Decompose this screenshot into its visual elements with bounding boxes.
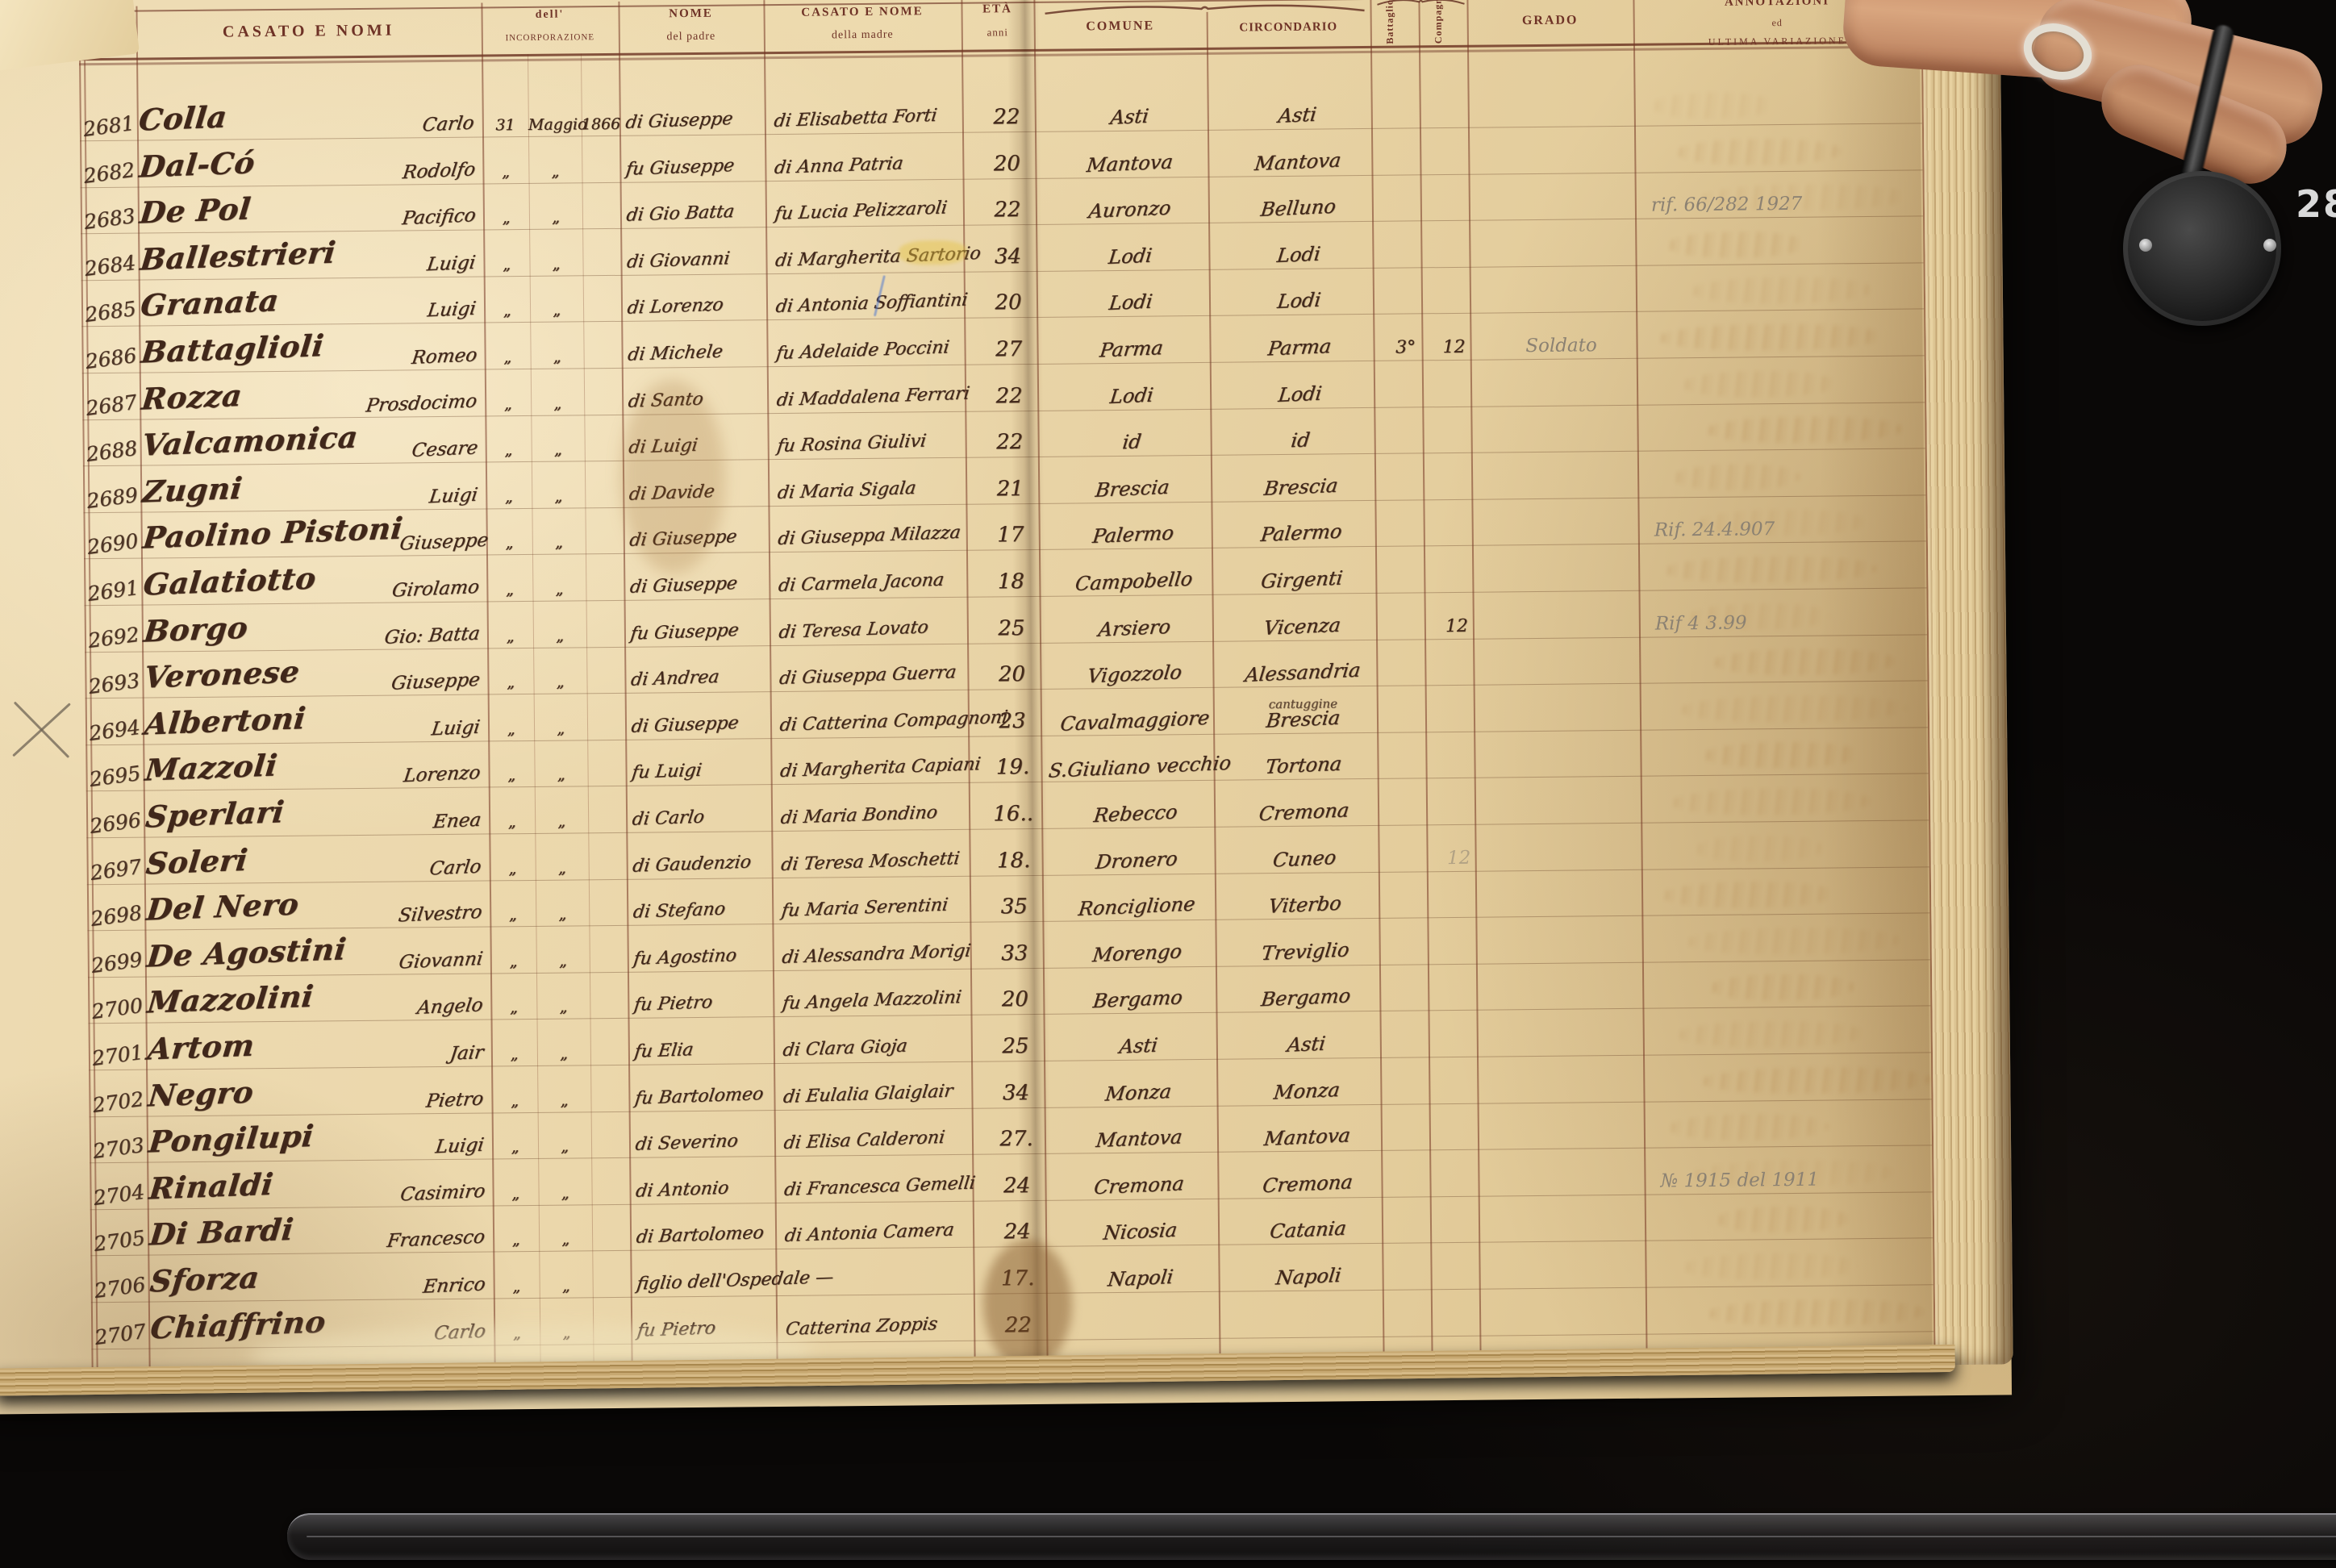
- surname-text: Artom: [146, 1028, 257, 1067]
- cell-incorporation-month: „: [534, 719, 587, 740]
- cell-circondario: Girgenti: [1220, 568, 1383, 594]
- cell-matricola-number: 2685: [81, 300, 139, 327]
- cell-circondario: Lodi: [1216, 243, 1380, 269]
- given-name-text: Carlo: [433, 1320, 495, 1344]
- cell-matricola-number: 2691: [84, 579, 141, 606]
- cell-matricola-number: 2704: [90, 1182, 147, 1209]
- cell-father: di Giovanni: [620, 251, 770, 275]
- cell-circondario: Bergamo: [1224, 986, 1387, 1012]
- cell-comune: S.Giuliano vecchio: [1049, 755, 1221, 782]
- cell-circondario: Alessandria: [1220, 661, 1384, 687]
- cell-father: di Santo: [622, 390, 772, 415]
- cell-father: figlio dell'Ospedale —: [631, 1273, 781, 1297]
- cell-incorporation-month: „: [532, 580, 586, 601]
- cell-incorporation-day: „: [490, 860, 536, 881]
- cell-incorporation-month: Maggio: [528, 115, 582, 136]
- cell-compagnia: [1439, 1332, 1487, 1336]
- cell-incorporation-day: „: [490, 953, 536, 974]
- cell-circondario: Cremona: [1222, 800, 1386, 827]
- cell-matricola-number: 2682: [80, 161, 137, 187]
- cell-matricola-number: 2700: [88, 997, 145, 1024]
- given-name-text: Jair: [448, 1042, 493, 1065]
- given-name-text: Girolamo: [390, 576, 488, 601]
- cell-surname-name: Granata Luigi: [139, 285, 484, 326]
- cell-mother: di Maddalena Ferrari: [772, 388, 973, 412]
- cell-grado: Soldato: [1478, 335, 1644, 360]
- cell-comune: Brescia: [1046, 477, 1219, 503]
- given-name-text: Pietro: [425, 1088, 493, 1112]
- cell-circondario: Lodi: [1218, 382, 1382, 408]
- surname-text: Battaglioli: [140, 327, 326, 370]
- cell-surname-name: Rinaldi Casimiro: [147, 1167, 492, 1208]
- cell-incorporation-month: „: [532, 534, 586, 555]
- transparent-ruler: [287, 1513, 2336, 1560]
- stand-screw: [2139, 239, 2152, 252]
- surname-text: Sperlari: [144, 794, 286, 834]
- surname-text: Paolino Pistoni: [141, 511, 405, 556]
- given-name-text: Romeo: [410, 344, 486, 369]
- cell-mother: fu Maria Serentini: [777, 899, 978, 924]
- cell-comune: Lodi: [1045, 383, 1218, 410]
- cell-father: di Severino: [629, 1133, 779, 1157]
- cell-circondario: Cremona: [1225, 1172, 1389, 1199]
- cell-father: di Stefano: [627, 901, 777, 925]
- cell-incorporation-day: „: [494, 1278, 540, 1299]
- given-name-text: Carlo: [421, 112, 483, 136]
- surname-text: Di Bardi: [148, 1211, 295, 1253]
- surname-text: Mazzolini: [146, 978, 315, 1020]
- cell-incorporation-month: „: [533, 673, 586, 694]
- surname-text: Dal-Có: [138, 144, 257, 184]
- surname-text: Borgo: [142, 609, 249, 648]
- given-name-text: Carlo: [428, 856, 490, 879]
- surname-text: Albertoni: [143, 700, 307, 741]
- cell-circondario: Napoli: [1226, 1265, 1390, 1291]
- cell-matricola-number: 2705: [90, 1229, 148, 1256]
- cell-surname-name: Sforza Enrico: [148, 1260, 493, 1301]
- cell-circondario: id: [1219, 428, 1383, 455]
- cell-matricola-number: 2686: [81, 347, 139, 373]
- cell-surname-name: Mazzolini Angelo: [145, 982, 490, 1023]
- given-name-text: Giovanni: [398, 948, 492, 973]
- cell-father: di Andrea: [624, 669, 774, 693]
- cell-mother: fu Adelaide Poccini: [771, 342, 972, 366]
- cell-matricola-number: 2689: [83, 486, 140, 512]
- cell-incorporation-day: „: [492, 1138, 538, 1159]
- given-name-text: Gio: Batta: [382, 623, 489, 648]
- cell-matricola-number: 2706: [91, 1276, 148, 1303]
- cell-mother: di Clara Gioja: [778, 1039, 979, 1063]
- register-table: NUMERO matricolare CASATO E NOMI dell' I…: [0, 0, 2000, 1403]
- cell-incorporation-day: „: [490, 999, 536, 1020]
- surname-text: Valcamonica: [140, 419, 360, 463]
- cell-comune: Arsiero: [1048, 615, 1220, 642]
- cell-mother: di Eulalia Glaiglair: [778, 1085, 979, 1109]
- cell-comune: Nicosia: [1053, 1220, 1226, 1246]
- cell-father: di Antonio: [629, 1180, 779, 1204]
- bleed-through-writing: [1663, 882, 1833, 909]
- cell-comune: Auronzo: [1044, 198, 1216, 224]
- cell-father: fu Giuseppe: [624, 623, 774, 647]
- cell-matricola-number: 2693: [85, 672, 142, 699]
- cell-incorporation-day: „: [490, 906, 536, 927]
- surname-text: Del Nero: [144, 886, 300, 928]
- circondario-note: [1227, 1333, 1391, 1335]
- cell-comune: Ronciglione: [1050, 895, 1223, 921]
- cell-incorporation-month: „: [538, 1137, 591, 1158]
- cell-father: di Giuseppe: [624, 529, 774, 553]
- cell-compagnia: 12: [1429, 337, 1478, 361]
- cell-incorporation-day: „: [491, 1045, 537, 1066]
- stand-screw: [2263, 239, 2276, 252]
- cell-matricola-number: 2695: [86, 765, 143, 791]
- surname-text: Granata: [139, 283, 281, 323]
- cell-incorporation-day: „: [486, 488, 532, 509]
- surname-text: Veronese: [143, 654, 302, 695]
- given-name-text: Pacifico: [401, 205, 485, 229]
- cell-incorporation-month: „: [539, 1231, 592, 1252]
- cell-incorporation-month: „: [538, 1184, 591, 1205]
- cell-incorporation-day: 31: [482, 116, 528, 137]
- cell-comune: Bergamo: [1051, 987, 1224, 1014]
- given-name-text: Giuseppe: [398, 530, 498, 555]
- surname-text: Soleri: [144, 841, 249, 881]
- cell-incorporation-day: „: [492, 1185, 538, 1206]
- cell-mother: di Antonia Camera: [780, 1224, 981, 1249]
- page-edge-shadow: [1814, 0, 1932, 1370]
- photo-scene: NUMERO matricolare CASATO E NOMI dell' I…: [0, 0, 2336, 1568]
- cell-comune: Cremona: [1053, 1174, 1225, 1200]
- cell-father: di Carlo: [626, 808, 776, 832]
- cell-circondario: Lodi: [1217, 289, 1381, 315]
- cell-surname-name: Artom Jair: [146, 1028, 491, 1069]
- cell-circondario: Palermo: [1220, 521, 1383, 548]
- cell-incorporation-month: „: [537, 1045, 590, 1065]
- cell-compagnia: 12: [1435, 847, 1483, 871]
- cell-father: di Lorenzo: [621, 297, 771, 321]
- given-name-text: Francesco: [386, 1227, 495, 1253]
- cell-incorporation-day: „: [493, 1231, 539, 1252]
- cell-surname-name: Ballestrieri Luigi: [138, 238, 483, 279]
- cell-comune: Asti: [1052, 1034, 1224, 1061]
- cell-surname-name: Pongilupi Luigi: [147, 1121, 492, 1162]
- surname-text: Colla: [137, 99, 229, 138]
- cell-mother: di Teresa Moschetti: [777, 853, 978, 877]
- cell-incorporation-month: „: [537, 1091, 590, 1112]
- cell-incorporation-month: „: [529, 209, 582, 230]
- cell-matricola-number: 2698: [87, 904, 144, 931]
- cell-comune: Mantova: [1053, 1127, 1225, 1153]
- cell-incorporation-month: „: [535, 766, 588, 787]
- cell-mother: di Francesca Gemelli: [779, 1178, 980, 1202]
- cell-incorporation-day: „: [487, 673, 533, 694]
- cell-compagnia: 12: [1433, 615, 1481, 639]
- cell-incorporation-month: „: [531, 394, 584, 415]
- cell-mother: di Antonia Soffiantini: [771, 295, 972, 319]
- cell-incorporation-day: „: [483, 209, 529, 230]
- cell-father: di Davide: [623, 483, 773, 507]
- cell-incorporation-month: „: [531, 348, 584, 369]
- cell-comune: Cavalmaggiore: [1049, 709, 1221, 736]
- cell-circondario: Mantova: [1225, 1125, 1389, 1152]
- cell-mother: fu Lucia Pelizzaroli: [770, 202, 971, 227]
- cell-comune: Asti: [1043, 105, 1216, 131]
- cell-father: di Giuseppe: [624, 576, 774, 600]
- yellow-highlight-mark: [899, 240, 966, 265]
- cell-surname-name: Chiaffrino Carlo: [148, 1307, 494, 1348]
- surname-text: Pongilupi: [147, 1118, 315, 1160]
- cell-incorporation-day: „: [489, 813, 535, 834]
- cell-mother: di Elisa Calderoni: [779, 1132, 980, 1156]
- cell-incorporation-day: „: [487, 628, 533, 648]
- cell-matricola-number: 2694: [86, 718, 143, 744]
- given-name-text: Luigi: [428, 484, 487, 507]
- cell-incorporation-day: „: [483, 256, 529, 277]
- surname-text: Negro: [147, 1074, 256, 1113]
- cell-surname-name: Veronese Giuseppe: [142, 657, 487, 698]
- surname-text: De Agostini: [145, 931, 348, 974]
- cell-mother: fu Angela Mazzolini: [778, 992, 978, 1016]
- cell-comune: Lodi: [1044, 244, 1216, 271]
- cell-comune: [1054, 1320, 1227, 1339]
- cell-matricola-number: 2699: [88, 950, 145, 977]
- cell-incorporation-day: „: [489, 766, 535, 787]
- surname-text: Ballestrieri: [139, 234, 338, 277]
- cell-circondario: Mantova: [1216, 149, 1379, 176]
- cell-incorporation-month: „: [535, 812, 588, 833]
- cell-circondario: Tortona: [1221, 753, 1385, 780]
- cell-circondario: Monza: [1224, 1078, 1388, 1105]
- surname-text: Mazzoli: [144, 748, 279, 788]
- cell-incorporation-month: „: [536, 999, 590, 1020]
- cell-circondario: Vicenza: [1220, 614, 1384, 640]
- cell-mother: fu Rosina Giulivi: [773, 435, 974, 459]
- cell-battaglione: [1391, 1333, 1439, 1337]
- cell-matricola-number: 2684: [81, 253, 138, 280]
- cell-father: fu Giuseppe: [619, 158, 770, 182]
- cell-comune: Mantova: [1043, 151, 1216, 177]
- cell-comune: Parma: [1045, 337, 1217, 364]
- cell-mother: di Maria Bondino: [776, 807, 977, 831]
- given-name-text: Luigi: [427, 298, 486, 322]
- register-page: NUMERO matricolare CASATO E NOMI dell' I…: [0, 0, 2012, 1415]
- cell-incorporation-month: „: [540, 1324, 593, 1345]
- cell-surname-name: Albertoni Luigi: [143, 703, 488, 744]
- cell-father: di Gaudenzio: [627, 855, 777, 879]
- cell-mother: di Catterina Compagnoni: [775, 713, 976, 737]
- cell-surname-name: De Agostini Giovanni: [145, 935, 490, 976]
- cell-matricola-number: 2683: [81, 207, 138, 234]
- cell-mother: di Alessandra Morigi: [778, 945, 978, 970]
- cell-matricola-number: 2687: [82, 393, 140, 419]
- cell-matricola-number: 2701: [89, 1044, 146, 1070]
- cell-circondario: Belluno: [1216, 196, 1380, 223]
- cell-surname-name: Sperlari Enea: [144, 795, 489, 836]
- given-name-text: Luigi: [431, 716, 490, 740]
- bleed-through-writing: [1654, 92, 1775, 119]
- cell-surname-name: Del Nero Silvestro: [144, 889, 490, 930]
- cell-incorporation-day: „: [491, 1092, 537, 1113]
- margin-x-mark: [8, 694, 78, 764]
- cell-incorporation-month: „: [536, 905, 589, 926]
- cell-incorporation-month: „: [536, 952, 590, 973]
- bleed-through-writing: [1675, 464, 1799, 490]
- cell-matricola-number: 2702: [89, 1090, 146, 1116]
- cell-incorporation-month: „: [530, 302, 583, 323]
- cell-incorporation-day: „: [482, 163, 528, 184]
- cell-comune: Campobello: [1047, 569, 1220, 596]
- surname-text: Galatiotto: [142, 561, 319, 603]
- cell-surname-name: Rozza Prosdocimo: [140, 377, 485, 419]
- surname-text: Rinaldi: [148, 1166, 275, 1207]
- cell-surname-name: Soleri Carlo: [144, 842, 489, 883]
- cell-incorporation-month: „: [529, 255, 582, 276]
- cell-surname-name: Mazzoli Lorenzo: [143, 749, 488, 790]
- cell-father: fu Elia: [628, 1040, 778, 1065]
- given-name-text: Luigi: [426, 252, 485, 275]
- cell-comune: Vigozzolo: [1048, 662, 1220, 689]
- cell-circondario: Asti: [1216, 103, 1379, 130]
- cell-matricola-number: 2703: [90, 1136, 147, 1163]
- cell-incorporation-day: „: [494, 1324, 540, 1345]
- bleed-through-writing: [1696, 835, 1823, 862]
- cell-incorporation-month: „: [536, 859, 589, 880]
- cell-matricola-number: 2696: [86, 811, 144, 838]
- cell-comune: Morengo: [1051, 941, 1224, 968]
- cell-comune: Palermo: [1047, 523, 1220, 549]
- cell-surname-name: Paolino Pistoni Giuseppe: [141, 517, 486, 558]
- cell-incorporation-year: [593, 1341, 631, 1343]
- cell-incorporation-day: „: [485, 348, 531, 369]
- surname-text: Zugni: [140, 470, 244, 510]
- cell-surname-name: Galatiotto Girolamo: [141, 563, 486, 604]
- given-name-text: Silvestro: [397, 902, 491, 927]
- cell-father: fu Agostino: [628, 948, 778, 972]
- given-name-text: Casimiro: [398, 1180, 494, 1205]
- given-name-text: Enea: [432, 809, 490, 832]
- cell-surname-name: Borgo Gio: Batta: [142, 610, 487, 651]
- cell-father: di Michele: [621, 344, 771, 368]
- cell-surname-name: Di Bardi Francesco: [148, 1214, 493, 1255]
- cell-incorporation-day: „: [486, 581, 532, 602]
- cell-incorporation-month: „: [532, 440, 585, 461]
- register-rows: 2681 Colla Carlo 31 Maggio 1866 di Giuse…: [0, 0, 2000, 1403]
- cell-comune: Dronero: [1050, 848, 1223, 874]
- given-name-text: Lorenzo: [403, 762, 490, 787]
- cell-incorporation-day: „: [488, 720, 534, 741]
- cell-father: di Luigi: [623, 436, 773, 461]
- cell-matricola-number: 2697: [87, 857, 144, 884]
- cell-surname-name: Battaglioli Romeo: [139, 331, 484, 372]
- cell-surname-name: Colla Carlo: [137, 99, 482, 140]
- cell-grado: [1487, 1331, 1654, 1335]
- cell-incorporation-day: „: [485, 395, 531, 416]
- cell-comune: Napoli: [1053, 1266, 1226, 1293]
- cell-father: fu Bartolomeo: [628, 1087, 778, 1111]
- cell-father: fu Pietro: [628, 994, 778, 1018]
- cell-circondario: Cuneo: [1223, 846, 1387, 873]
- cell-father: di Bartolomeo: [630, 1226, 780, 1250]
- cell-father: di Giuseppe: [619, 111, 770, 136]
- bleed-through-writing: [1668, 231, 1804, 259]
- given-name-text: Enrico: [422, 1274, 495, 1298]
- given-name-text: Angelo: [415, 995, 492, 1019]
- cell-mother: di Anna Patria: [770, 156, 970, 180]
- cell-matricola-number: 2688: [83, 440, 140, 466]
- cell-circondario: Parma: [1217, 336, 1381, 362]
- cell-incorporation-day: „: [486, 441, 532, 462]
- cell-comune: Monza: [1052, 1080, 1224, 1107]
- cell-matricola-number: 2692: [85, 625, 142, 652]
- cell-matricola-number: 2690: [84, 532, 141, 559]
- surname-text: Chiaffrino: [148, 1303, 327, 1345]
- cell-circondario: Asti: [1224, 1032, 1388, 1059]
- cell-father: fu Pietro: [631, 1320, 781, 1344]
- cell-surname-name: Valcamonica Cesare: [140, 424, 485, 465]
- cell-circondario: Treviglio: [1224, 940, 1387, 966]
- cell-circondario: Viterbo: [1223, 893, 1387, 920]
- cell-circondario: Catania: [1226, 1218, 1390, 1245]
- cell-circondario: cantuggine Brescia: [1221, 699, 1385, 734]
- cell-surname-name: Dal-Có Rodolfo: [137, 145, 482, 186]
- cell-matricola-number: 2707: [91, 1322, 148, 1349]
- given-name-text: Cesare: [410, 437, 486, 461]
- given-name-text: Luigi: [435, 1134, 494, 1157]
- bleed-through-writing: [1683, 370, 1835, 398]
- surname-text: Rozza: [140, 377, 244, 417]
- cell-circondario: Brescia: [1219, 475, 1383, 502]
- cell-mother: di Giuseppa Milazza: [774, 528, 974, 552]
- cell-incorporation-month: „: [533, 627, 586, 648]
- surname-text: De Pol: [138, 191, 252, 231]
- cell-incorporation-month: „: [532, 487, 585, 508]
- cell-surname-name: De Pol Pacifico: [138, 192, 483, 233]
- cell-incorporation-day: „: [484, 302, 530, 323]
- cell-mother: di Margherita Capiani: [775, 760, 976, 784]
- cell-circondario: [1227, 1333, 1391, 1337]
- cell-comune: Rebecco: [1049, 802, 1222, 828]
- cell-father: di Gio Batta: [620, 204, 770, 228]
- book-page-edge: [1922, 0, 2013, 1365]
- cell-comune: id: [1046, 430, 1219, 457]
- photo-number-tag: 28: [2296, 182, 2336, 226]
- bleed-through-writing: [1670, 1114, 1828, 1141]
- given-name-text: Prosdocimo: [365, 390, 486, 417]
- cell-incorporation-year: 1866: [582, 115, 619, 136]
- cell-father: di Giuseppe: [625, 715, 775, 740]
- given-name-text: Rodolfo: [401, 158, 484, 182]
- cell-mother: di Giuseppa Guerra: [774, 667, 975, 691]
- cell-incorporation-month: „: [528, 162, 582, 183]
- cell-father: fu Luigi: [625, 761, 775, 786]
- cell-comune: Lodi: [1045, 290, 1217, 317]
- cell-mother: Catterina Zoppis: [781, 1317, 982, 1341]
- given-name-text: Giuseppe: [390, 669, 489, 694]
- cell-mother: di Elisabetta Forti: [770, 110, 970, 134]
- cell-battaglione: 3°: [1381, 337, 1429, 361]
- cell-incorporation-month: „: [540, 1277, 593, 1298]
- cell-surname-name: Zugni Luigi: [140, 470, 486, 511]
- cell-surname-name: Negro Pietro: [146, 1074, 491, 1116]
- cell-mother: di Teresa Lovato: [774, 620, 975, 644]
- surname-text: Sforza: [148, 1259, 261, 1299]
- cell-mother: di Maria Sigala: [773, 481, 974, 505]
- cell-matricola-number: 2681: [80, 115, 137, 141]
- cell-mother: di Carmela Jacona: [774, 574, 974, 598]
